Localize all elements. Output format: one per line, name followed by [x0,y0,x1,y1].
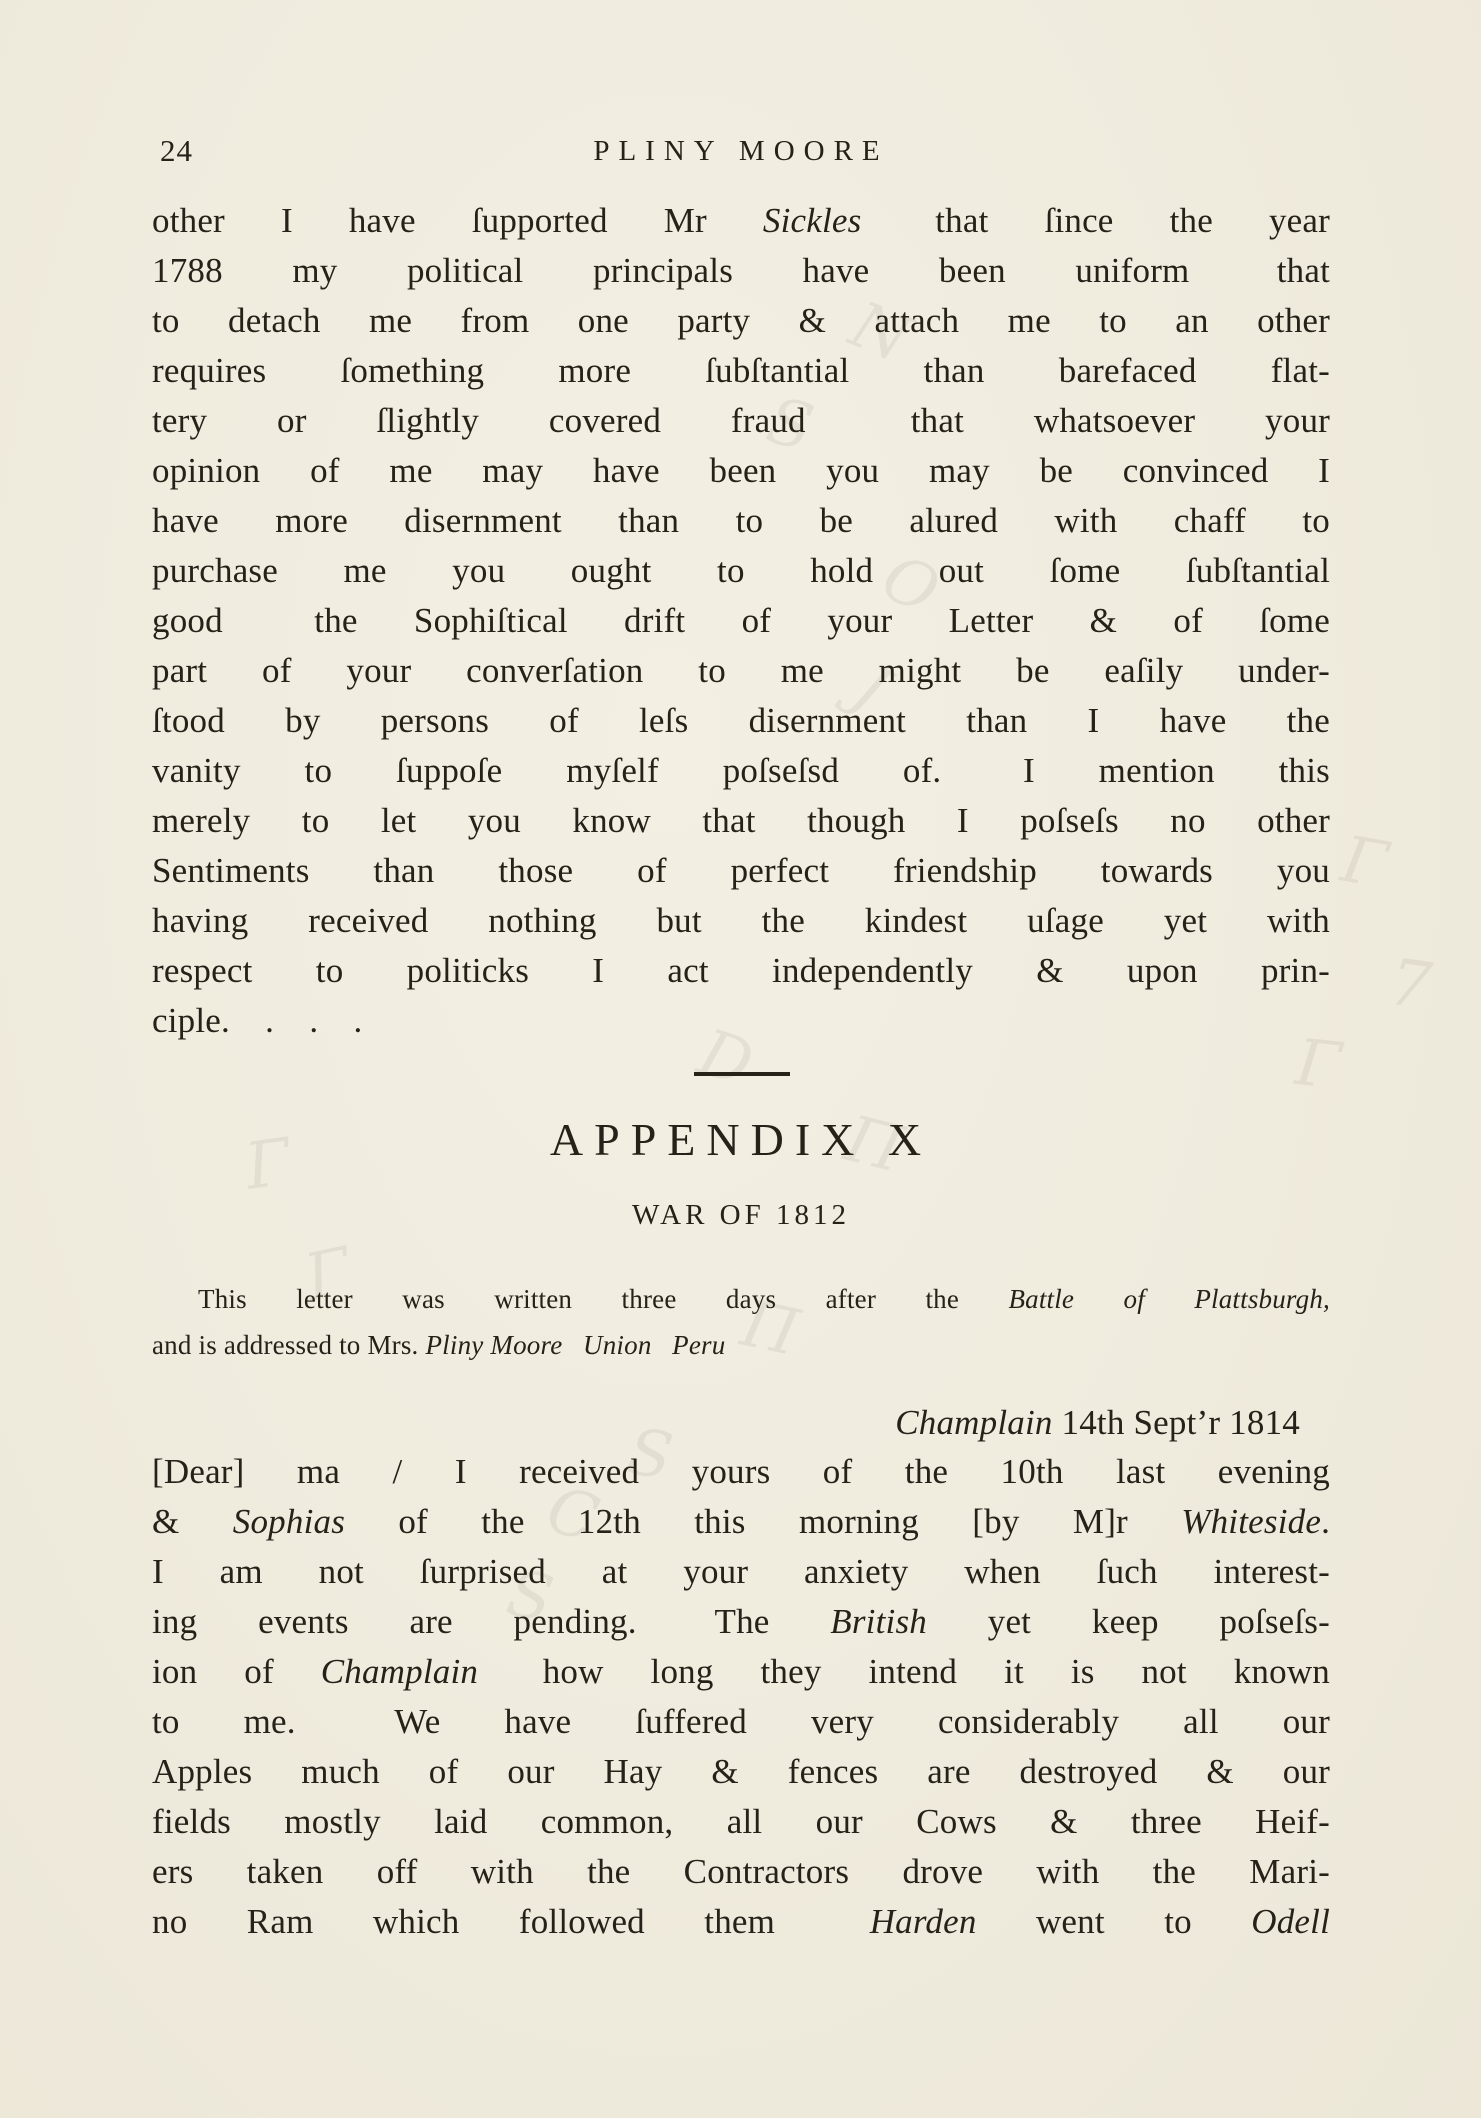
text-line: have more disernment than to be alured w… [152,496,1330,546]
text-line: other I have ſupported Mr Sickles that ſ… [152,196,1330,246]
italic-text: Champlain [895,1403,1052,1442]
text-line: merely to let you know that though I poſ… [152,796,1330,846]
text-line: vanity to ſuppoſe myſelf poſseſsd of. I … [152,746,1330,796]
italic-text: British [830,1602,927,1641]
text-line: fields mostly laid common, all our Cows … [152,1797,1330,1847]
text-line: and is addressed to Mrs. Pliny Moore Uni… [152,1322,1330,1368]
letter-excerpt-paragraph: other I have ſupported Mr Sickles that ſ… [152,196,1330,1046]
letter-body: [Dear] ma / I received yours of the 10th… [152,1447,1330,1947]
italic-text: Sickles [763,201,862,240]
text-line: ion of Champlain how long they intend it… [152,1647,1330,1697]
text-line: ciple. . . . [152,996,1330,1046]
text-line: good the Sophiſtical drift of your Lette… [152,596,1330,646]
section-divider-rule [694,1072,790,1076]
text-line: ſtood by persons of leſs disernment than… [152,696,1330,746]
italic-text: Pliny Moore Union Peru [425,1330,725,1360]
text-segment: good the Sophiſtical drift of your Lette… [152,601,1330,640]
text-line: 1788 my political principals have been u… [152,246,1330,296]
text-segment: 14th Sept’r 1814 [1053,1403,1300,1442]
text-line: purchase me you ought to hold out ſome ſ… [152,546,1330,596]
text-segment: [Dear] ma / I received yours of the 10th… [152,1452,1330,1491]
text-segment: opinion of me may have been you may be c… [152,451,1330,490]
text-segment: of the 12th this morning [by M]r [345,1502,1181,1541]
text-segment: ſtood by persons of leſs disernment than… [152,701,1330,740]
text-segment: ion of [152,1652,321,1691]
text-segment: requires ſomething more ſubſtantial than… [152,351,1330,390]
text-line: & Sophias of the 12th this morning [by M… [152,1497,1330,1547]
italic-text: Champlain [321,1652,478,1691]
text-line: Champlain 14th Sept’r 1814 [152,1398,1300,1448]
italic-text: Sophias [233,1502,345,1541]
text-segment: I am not ſurprised at your anxiety when … [152,1552,1330,1591]
text-segment: having received nothing but the kindest … [152,901,1330,940]
text-segment: to detach me from one party & attach me … [152,301,1330,340]
text-segment: other I have ſupported Mr [152,201,763,240]
text-segment: to me. We have ſuffered very considerabl… [152,1702,1330,1741]
text-segment: vanity to ſuppoſe myſelf poſseſsd of. I … [152,751,1330,790]
text-line: This letter was written three days after… [152,1276,1330,1322]
text-segment: no Ram which followed them [152,1902,870,1941]
text-line: ers taken off with the Contractors drove… [152,1847,1330,1897]
text-segment: fields mostly laid common, all our Cows … [152,1802,1330,1841]
text-segment: yet keep poſseſs- [927,1602,1330,1641]
letter-dateline: Champlain 14th Sept’r 1814 [152,1398,1330,1448]
text-segment: & [152,1502,233,1541]
text-segment: ing events are pending. The [152,1602,830,1641]
text-segment: that ſince the year [861,201,1330,240]
text-segment: went to [977,1902,1252,1941]
editor-intro-note: This letter was written three days after… [152,1276,1330,1368]
text-line: ing events are pending. The British yet … [152,1597,1330,1647]
text-segment: part of your converſation to me might be… [152,651,1330,690]
text-line: Apples much of our Hay & fences are dest… [152,1747,1330,1797]
text-segment: ciple. . . . [152,1001,362,1040]
text-segment: This letter was written three days after… [198,1284,1008,1314]
text-line: no Ram which followed them Harden went t… [152,1897,1330,1947]
text-segment: have more disernment than to be alured w… [152,501,1330,540]
text-segment: merely to let you know that though I poſ… [152,801,1330,840]
appendix-title: APPENDIX X [152,1112,1330,1168]
running-header: PLINY MOORE [152,135,1330,168]
text-line: to detach me from one party & attach me … [152,296,1330,346]
appendix-subtitle: WAR OF 1812 [152,1196,1330,1234]
running-header-row: 24 PLINY MOORE [152,133,1330,175]
text-line: tery or ſlightly covered fraud that what… [152,396,1330,446]
bleedthrough-mark: 7 [1385,946,1436,1025]
text-line: Sentiments than those of perfect friends… [152,846,1330,896]
italic-text: Whiteside [1181,1502,1321,1541]
text-segment: Sentiments than those of perfect friends… [152,851,1330,890]
text-segment: ers taken off with the Contractors drove… [152,1852,1330,1891]
text-line: having received nothing but the kindest … [152,896,1330,946]
book-page: NSOJDППSCSΓΓΓ7Γ 24 PLINY MOORE other I h… [0,0,1481,2118]
text-segment: . [1321,1502,1330,1541]
text-segment: purchase me you ought to hold out ſome ſ… [152,551,1330,590]
italic-text: Battle of Plattsburgh, [1008,1284,1330,1314]
text-line: [Dear] ma / I received yours of the 10th… [152,1447,1330,1497]
text-segment: how long they intend it is not known [478,1652,1330,1691]
bleedthrough-mark: Γ [1336,823,1393,904]
text-line: part of your converſation to me might be… [152,646,1330,696]
italic-text: Harden [870,1902,977,1941]
text-line: to me. We have ſuffered very considerabl… [152,1697,1330,1747]
text-segment: Apples much of our Hay & fences are dest… [152,1752,1330,1791]
text-segment: tery or ſlightly covered fraud that what… [152,401,1330,440]
text-segment: 1788 my political principals have been u… [152,251,1330,290]
text-line: I am not ſurprised at your anxiety when … [152,1547,1330,1597]
italic-text: Odell [1251,1902,1330,1941]
text-segment: respect to politicks I act independently… [152,951,1330,990]
text-line: requires ſomething more ſubſtantial than… [152,346,1330,396]
text-line: respect to politicks I act independently… [152,946,1330,996]
text-segment: and is addressed to Mrs. [152,1330,425,1360]
text-line: opinion of me may have been you may be c… [152,446,1330,496]
